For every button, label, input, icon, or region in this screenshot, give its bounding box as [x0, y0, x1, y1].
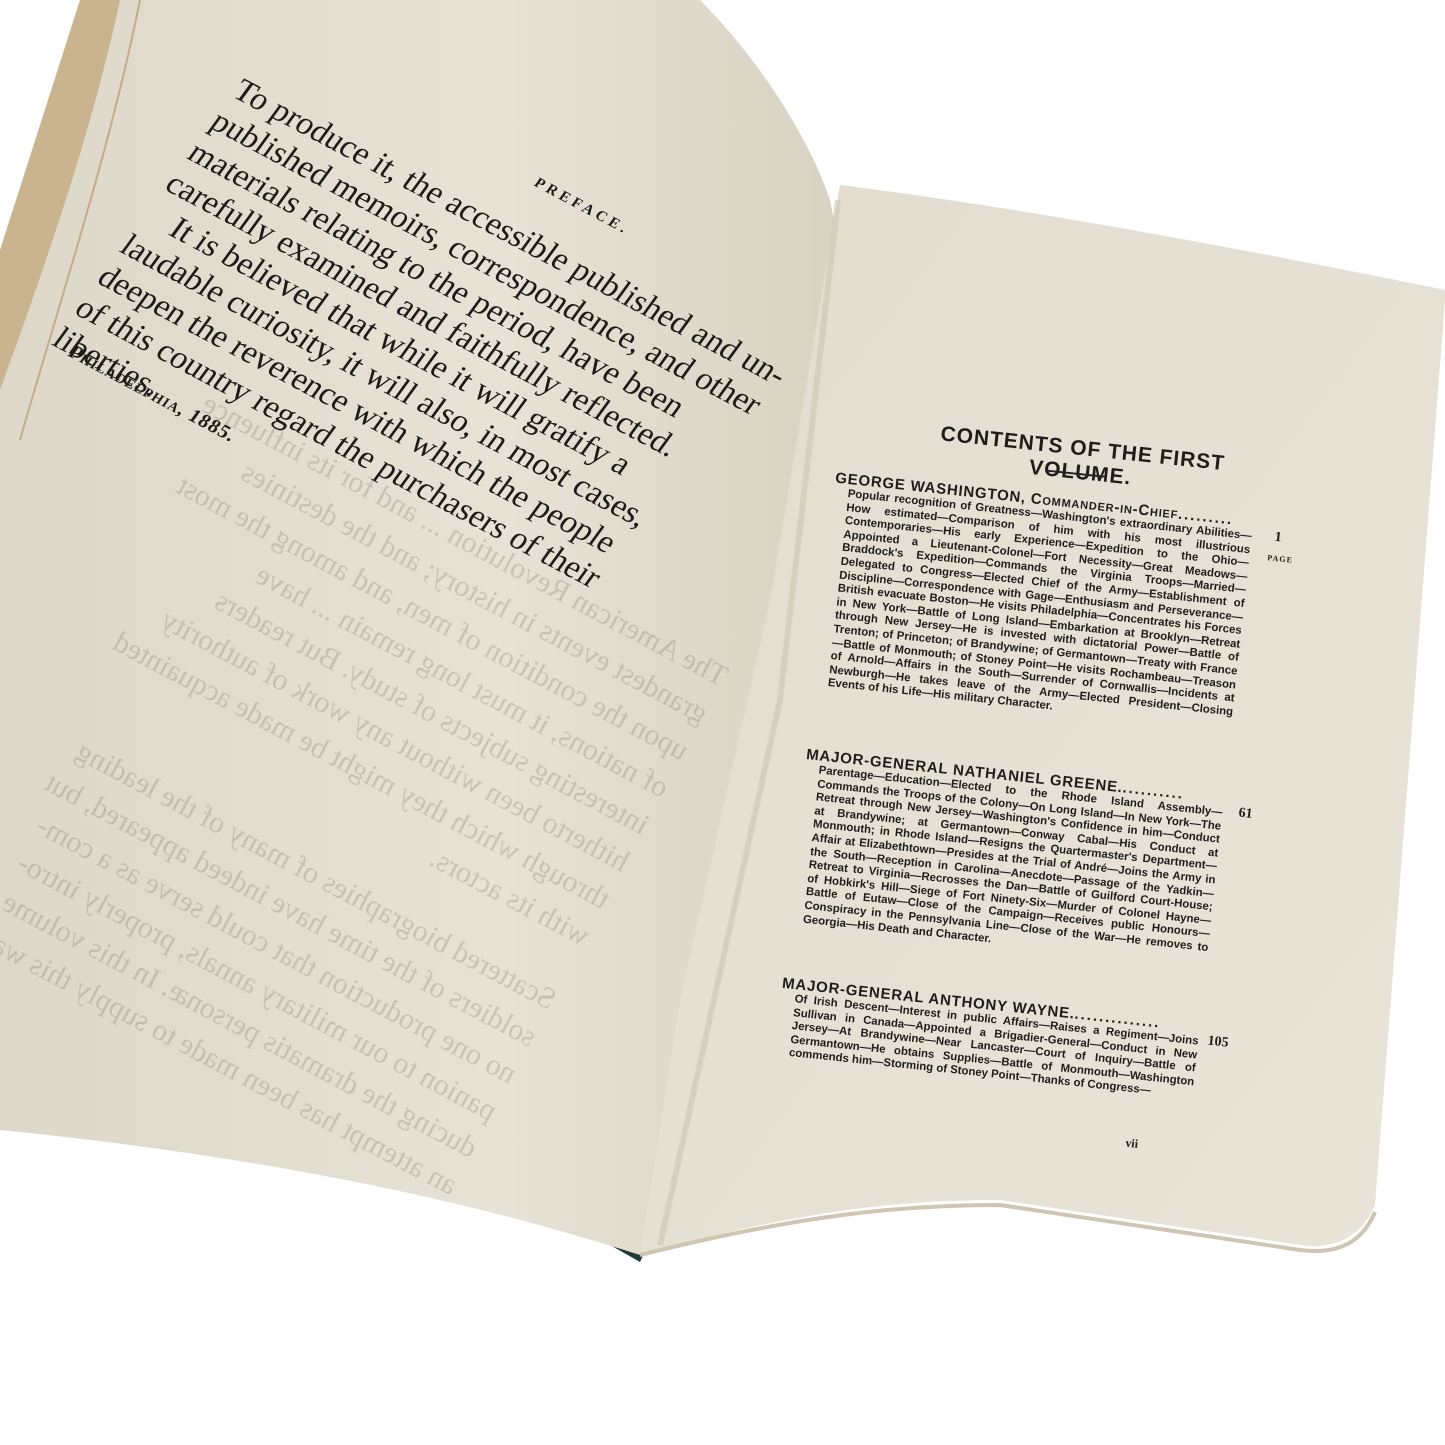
page-column-label: PAGE	[1267, 553, 1293, 565]
contents-entry: MAJOR-GENERAL NATHANIEL GREENE..........…	[788, 746, 1225, 969]
contents-page: CONTENTS OF THE FIRST VOLUME. PAGE GEORG…	[825, 418, 1298, 1176]
entry-page-number: 105	[1207, 1034, 1230, 1052]
page-folio: vii	[1125, 1136, 1139, 1152]
entry-summary: Popular recognition of Greatness—Washing…	[827, 488, 1252, 733]
contents-entry: GEORGE WASHINGTON, Commander-in-Chief...…	[813, 470, 1254, 734]
contents-entry: MAJOR-GENERAL ANTHONY WAYNE.............…	[774, 975, 1201, 1103]
entry-page-number: 1	[1274, 530, 1283, 547]
entry-page-number: 61	[1238, 806, 1254, 823]
